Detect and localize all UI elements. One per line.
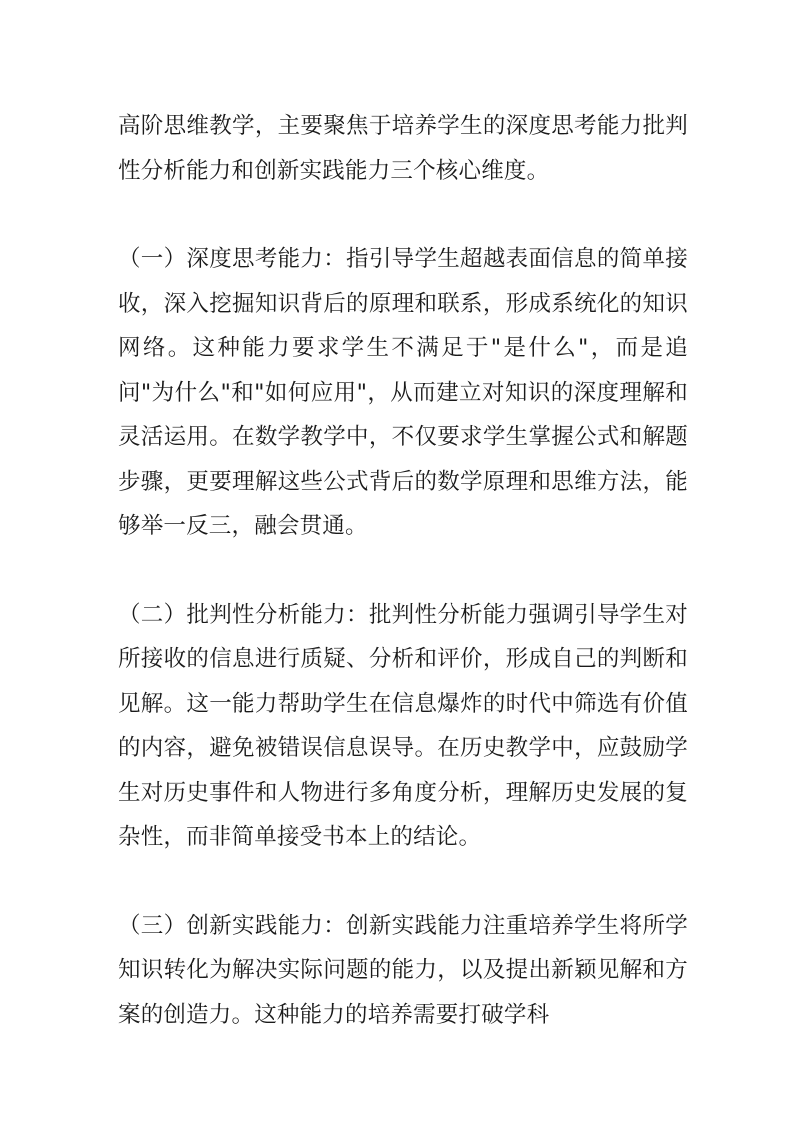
document-page: 高阶思维教学，主要聚焦于培养学生的深度思考能力批判性分析能力和创新实践能力三个核… bbox=[118, 104, 688, 1037]
section-critical-analysis: （二）批判性分析能力：批判性分析能力强调引导学生对所接收的信息进行质疑、分析和评… bbox=[118, 593, 688, 860]
section-body: 批判性分析能力强调引导学生对所接收的信息进行质疑、分析和评价，形成自己的判断和见… bbox=[118, 602, 688, 851]
section-innovative-practice: （三）创新实践能力：创新实践能力注重培养学生将所学知识转化为解决实际问题的能力，… bbox=[118, 904, 688, 1038]
section-heading: （二）批判性分析能力： bbox=[118, 602, 369, 628]
section-heading: （三）创新实践能力： bbox=[118, 913, 346, 939]
intro-text: 高阶思维教学，主要聚焦于培养学生的深度思考能力批判性分析能力和创新实践能力三个核… bbox=[118, 113, 688, 184]
section-body: 指引导学生超越表面信息的简单接收，深入挖掘知识背后的原理和联系，形成系统化的知识… bbox=[118, 246, 688, 539]
intro-paragraph: 高阶思维教学，主要聚焦于培养学生的深度思考能力批判性分析能力和创新实践能力三个核… bbox=[118, 104, 688, 193]
section-heading: （一）深度思考能力： bbox=[118, 246, 346, 272]
section-deep-thinking: （一）深度思考能力：指引导学生超越表面信息的简单接收，深入挖掘知识背后的原理和联… bbox=[118, 237, 688, 549]
